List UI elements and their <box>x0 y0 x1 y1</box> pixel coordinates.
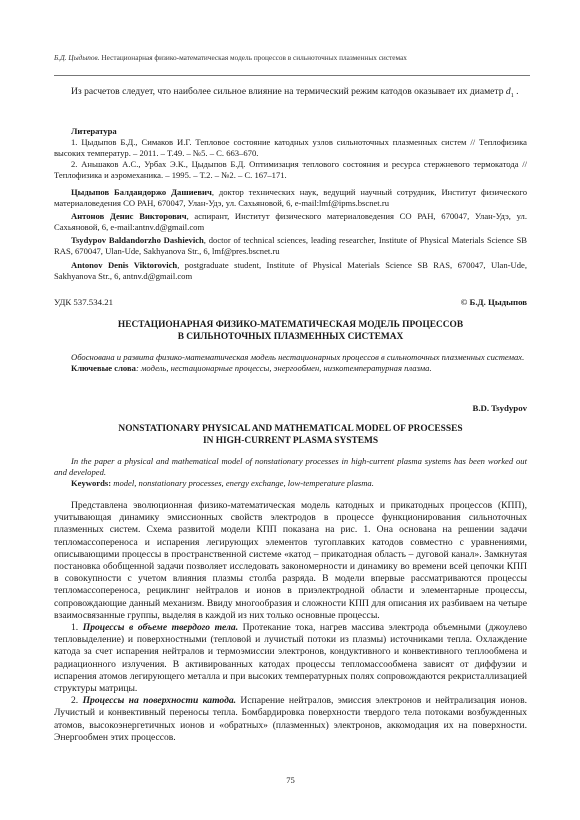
copyright: © Б.Д. Цыдыпов <box>461 297 527 307</box>
references-heading: Литература <box>54 126 527 137</box>
abstract-en-body: In the paper a physical and mathematical… <box>54 456 527 477</box>
body-text: Представлена эволюционная физико-математ… <box>54 500 527 744</box>
header-rule <box>54 75 530 76</box>
conclusion-end: . <box>514 86 519 97</box>
author-name: Tsydypov Baldandorzho Dashievich <box>71 235 204 245</box>
conclusion-paragraph: Из расчетов следует, что наиболее сильно… <box>54 86 527 102</box>
author-entry: Antonov Denis Viktorovich, postgraduate … <box>54 260 527 282</box>
running-head-title: Нестационарная физико-математическая мод… <box>101 53 407 62</box>
keywords-en: Keywords: model, nonstationary processes… <box>54 478 527 489</box>
title-en-line2: IN HIGH-CURRENT PLASMA SYSTEMS <box>54 436 527 448</box>
author-entry: Tsydypov Baldandorzho Dashievich, doctor… <box>54 235 527 257</box>
abstract-ru-text: Обоснована и развита физико-математическ… <box>54 352 527 363</box>
item-number: 2. <box>71 695 83 706</box>
running-head-author: Б.Д. Цыдыпов. <box>54 53 100 62</box>
reference-item: 2. Аньшаков А.С., Урбах Э.К., Цыдыпов Б.… <box>54 159 527 181</box>
conclusion-text: Из расчетов следует, что наиболее сильно… <box>71 86 506 97</box>
item-number: 1. <box>71 622 83 633</box>
authors-section: Цыдыпов Балдандоржо Дашиевич, доктор тех… <box>54 187 527 282</box>
udk-code: УДК 537.534.21 <box>54 297 113 307</box>
abstract-en: In the paper a physical and mathematical… <box>54 456 527 489</box>
author-entry: Цыдыпов Балдандоржо Дашиевич, доктор тех… <box>54 187 527 209</box>
keywords-en-text: model, nonstationary processes, energy e… <box>111 478 374 488</box>
abstract-ru-body: Обоснована и развита физико-математическ… <box>71 352 524 362</box>
author-entry: Антонов Денис Викторович, аспирант, Инст… <box>54 211 527 233</box>
body-item: 1. Процессы в объеме твердого тела. Прот… <box>54 622 527 695</box>
item-heading: Процессы в объеме твердого тела. <box>83 622 238 633</box>
author-name: Антонов Денис Викторович <box>71 211 187 221</box>
intro-paragraph: Представлена эволюционная физико-математ… <box>54 500 527 622</box>
author-name: Цыдыпов Балдандоржо Дашиевич <box>71 187 212 197</box>
page-number: 75 <box>54 775 527 785</box>
abstract-ru: Обоснована и развита физико-математическ… <box>54 352 527 374</box>
article-title-ru: НЕСТАЦИОНАРНАЯ ФИЗИКО-МАТЕМАТИЧЕСКАЯ МОД… <box>54 320 527 344</box>
body-item: 2. Процессы на поверхности катода. Испар… <box>54 695 527 744</box>
keywords-ru-text: : модель, нестационарные процессы, энерг… <box>136 363 432 373</box>
author-name: Antonov Denis Viktorovich <box>71 260 177 270</box>
title-en-line1: NONSTATIONARY PHYSICAL AND MATHEMATICAL … <box>54 424 527 436</box>
item-heading: Процессы на поверхности катода. <box>83 695 236 706</box>
article-title-en: NONSTATIONARY PHYSICAL AND MATHEMATICAL … <box>54 424 527 448</box>
title-ru-line2: В СИЛЬНОТОЧНЫХ ПЛАЗМЕННЫХ СИСТЕМАХ <box>54 332 527 344</box>
title-ru-line1: НЕСТАЦИОНАРНАЯ ФИЗИКО-МАТЕМАТИЧЕСКАЯ МОД… <box>54 320 527 332</box>
keywords-ru-label: Ключевые слова <box>71 363 136 373</box>
keywords-ru: Ключевые слова: модель, нестационарные п… <box>54 363 527 374</box>
running-head: Б.Д. Цыдыпов. Нестационарная физико-мате… <box>54 53 527 62</box>
author-en: B.D. Tsydypov <box>54 403 527 413</box>
udk-row: УДК 537.534.21 © Б.Д. Цыдыпов <box>54 297 527 307</box>
reference-item: 1. Цыдыпов Б.Д., Симаков И.Г. Тепловое с… <box>54 137 527 159</box>
references-section: Литература 1. Цыдыпов Б.Д., Симаков И.Г.… <box>54 126 527 181</box>
keywords-en-label: Keywords: <box>71 478 111 488</box>
abstract-en-text: In the paper a physical and mathematical… <box>54 456 527 478</box>
